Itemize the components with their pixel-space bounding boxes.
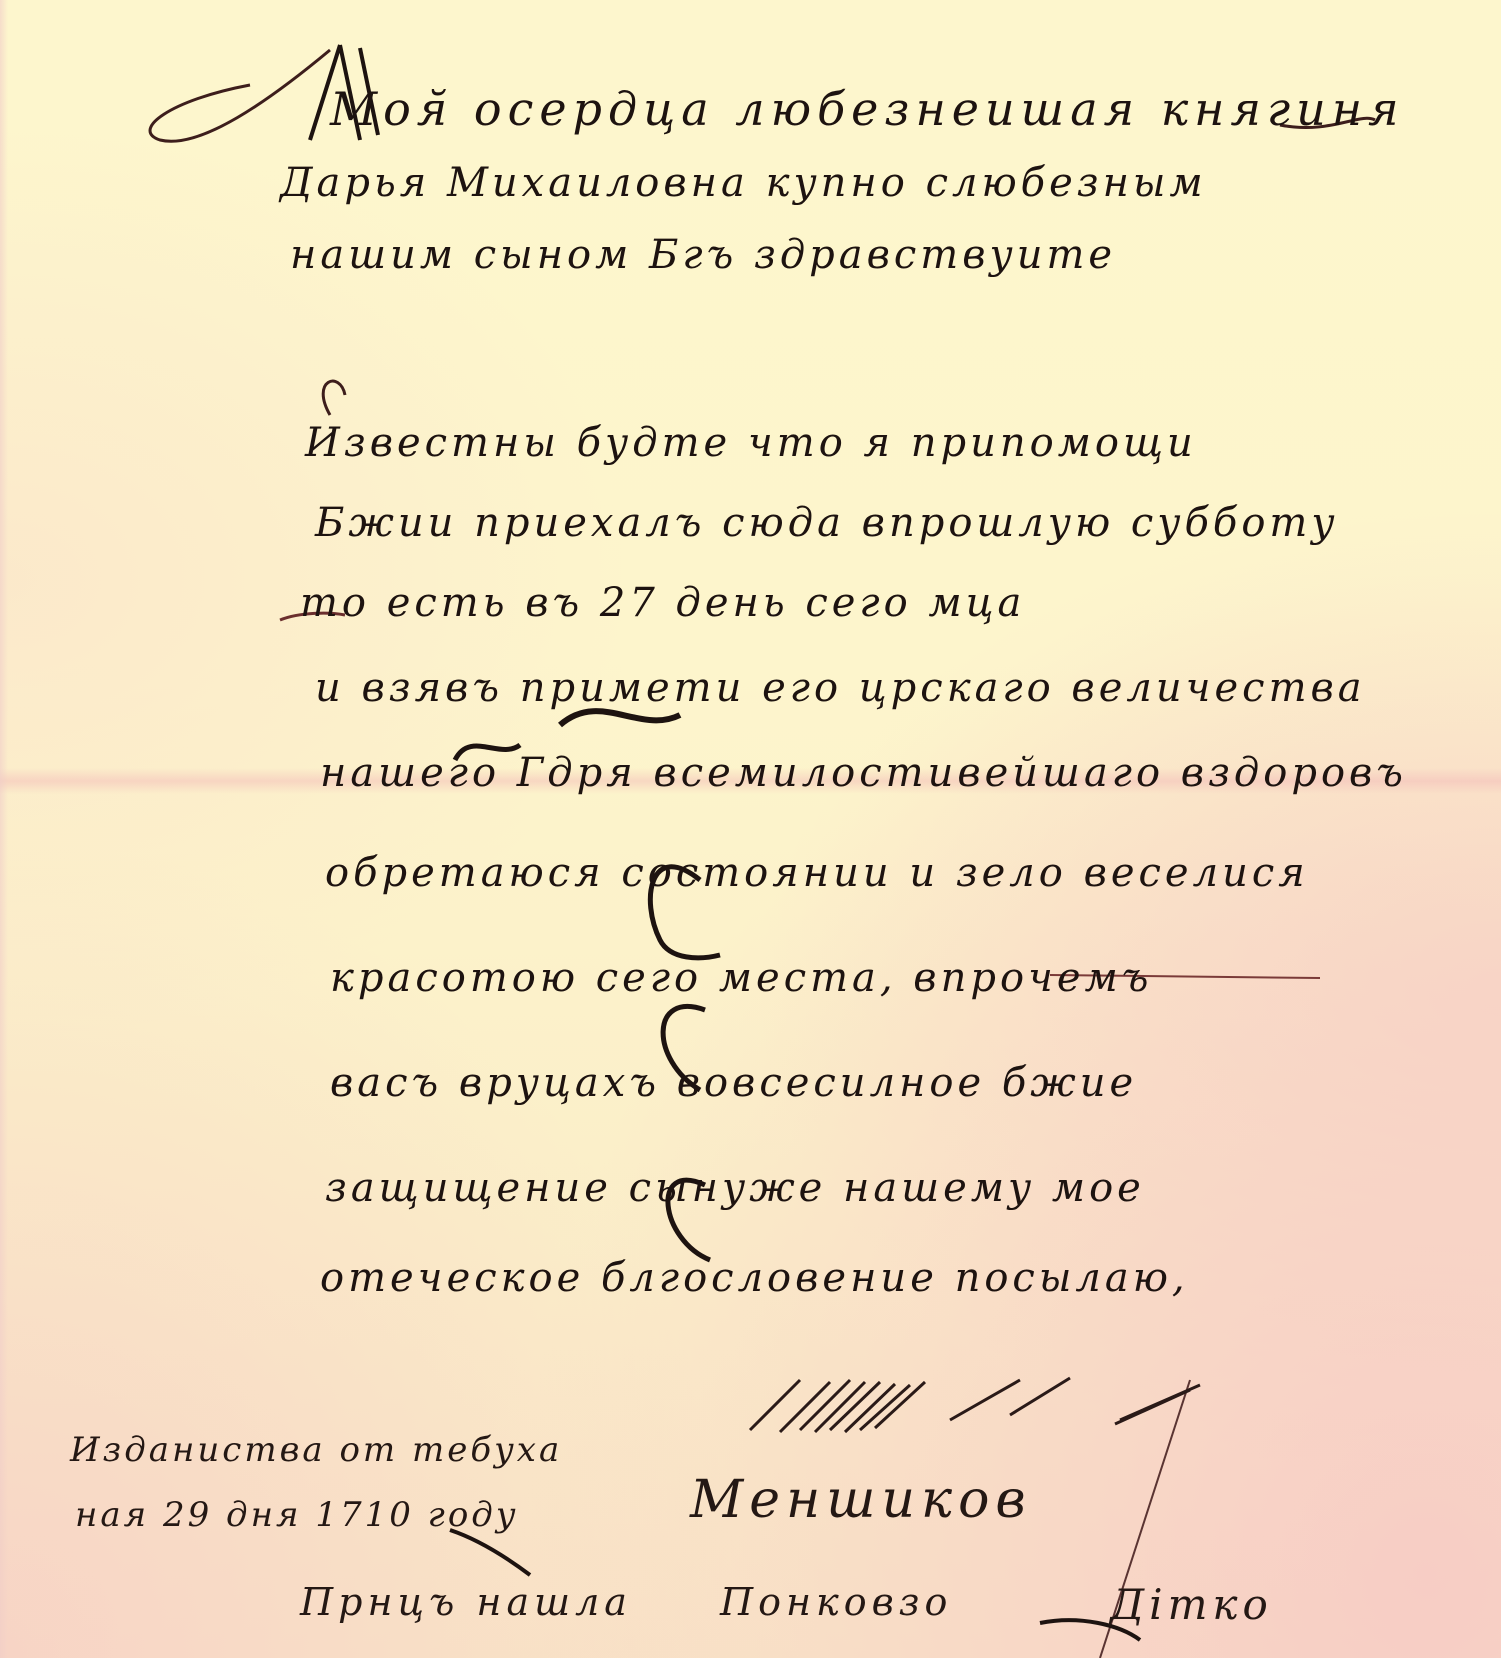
body-line-2: Бжии приехалъ сюда впрошлую субботу [315,500,1339,546]
salutation-line-3: нашим сыном Бгъ здравствуите [290,232,1116,278]
paper-left-edge [0,0,8,1658]
body-line-5: нашего Гдря всемилостивейшаго вздоровъ [320,750,1407,796]
salutation-line-2: Дарья Михаиловна купно слюбезным [280,160,1207,206]
final-line-right: Дітко [1110,1580,1273,1629]
body-line-10: отеческое блгословение посылаю, [320,1255,1189,1301]
body-line-3: то есть въ 27 день сего мца [300,580,1025,626]
place-date-line-1: Изданиства от тебуха [70,1430,562,1470]
place-date-line-2: ная 29 дня 1710 году [75,1495,519,1535]
body-line-1: Известны будте что я припомощи [305,420,1197,466]
final-line-mid: Понковзо [720,1580,952,1624]
final-line-left: Прнцъ нашла [300,1580,632,1624]
body-line-4: и взявъ примети его црскаго величества [315,665,1366,711]
salutation-line-1: Моя̆ осердца любезнеишая княгиня [330,82,1405,136]
body-line-7: красотою сего места, впрочемъ [330,955,1152,1001]
body-line-8: васъ вруцахъ вовсесилное бжие [330,1060,1137,1106]
signature-menshikov: Меншиков [690,1470,1032,1530]
body-line-6: обретаюся состоянии и зело веселися [325,850,1309,896]
body-line-9: защищение сынуже нашему мое [325,1165,1145,1211]
